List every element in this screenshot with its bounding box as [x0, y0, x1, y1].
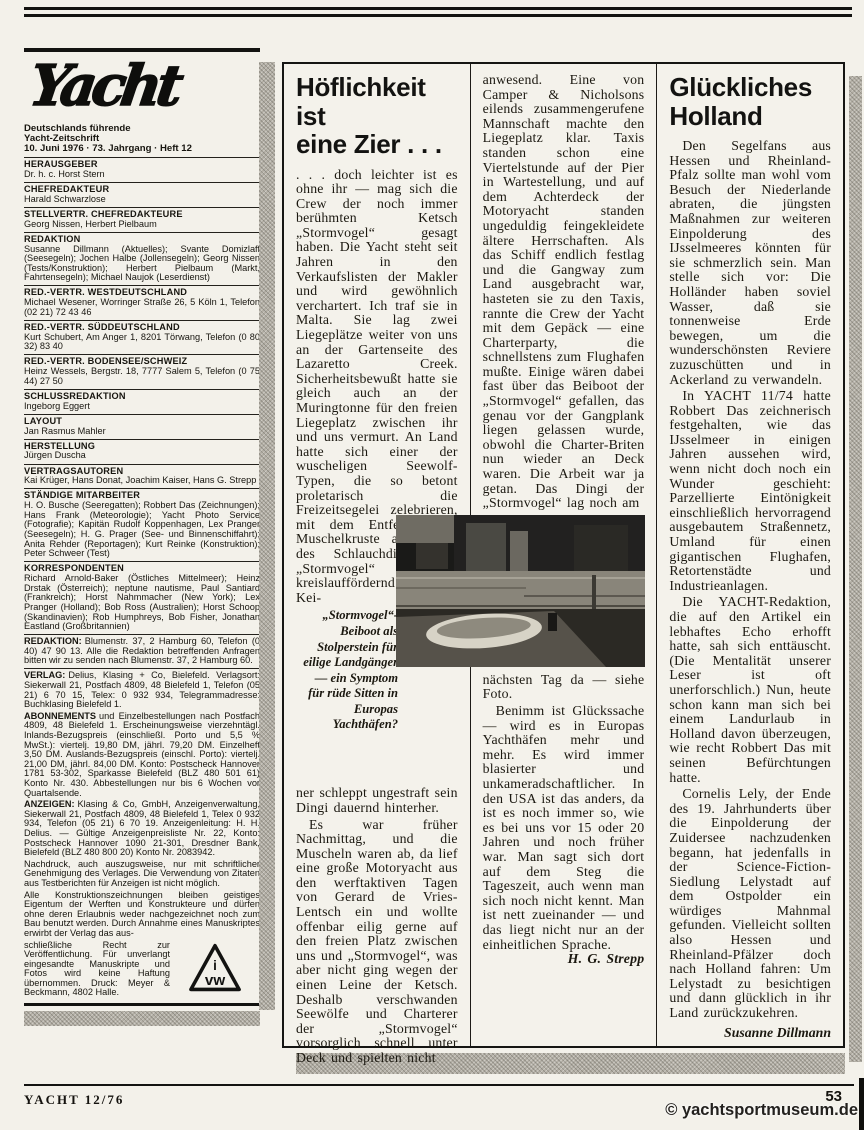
- masthead-section: RED.-VERTR. SÜDDEUTSCHLAND Kurt Schubert…: [24, 321, 260, 355]
- masthead-section-body: Jan Rasmus Mahler: [24, 427, 260, 437]
- masthead-section-body: Harald Schwarzlose: [24, 195, 260, 205]
- masthead-section-body: Richard Arnold-Baker (Östliches Mittelme…: [24, 574, 260, 632]
- article1-paragraph: nächsten Tag da — siehe Foto.: [483, 673, 645, 702]
- svg-text:i: i: [213, 957, 217, 972]
- masthead-section-body: Dr. h. c. Horst Stern: [24, 170, 260, 180]
- article2-byline: Susanne Dillmann: [669, 1025, 831, 1041]
- masthead-section-body: Kai Krüger, Hans Donat, Joachim Kaiser, …: [24, 476, 260, 486]
- masthead-section-body: Georg Nissen, Herbert Pielbaum: [24, 220, 260, 230]
- article1-title: Höflichkeit ist eine Zier . . .: [296, 73, 458, 159]
- masthead-section: LAYOUT Jan Rasmus Mahler: [24, 415, 260, 440]
- legal-block: VERLAG:Delius, Klasing + Co, Bielefeld. …: [24, 671, 260, 709]
- article1-closing-paragraph: Benimm ist Glückssache — wird es in Euro…: [483, 704, 645, 952]
- masthead-section: STÄNDIGE MITARBEITER H. O. Busche (Seere…: [24, 489, 260, 562]
- masthead-section: HERAUSGEBER Dr. h. c. Horst Stern: [24, 158, 260, 183]
- watermark-text: © yachtsportmuseum.de: [665, 1101, 858, 1120]
- masthead-top-rule: [24, 48, 260, 52]
- svg-text:vw: vw: [205, 971, 225, 988]
- yacht-logo: Yacht: [26, 56, 182, 116]
- article1-paragraph: ner schleppt ungestraft sein Dingi dauer…: [296, 786, 458, 815]
- top-double-rule: [24, 7, 852, 17]
- halftone-strip-left: [259, 62, 275, 1010]
- footer-rule: [24, 1084, 854, 1086]
- masthead-section-body: Michael Wesener, Worringer Straße 26, 5 …: [24, 298, 260, 317]
- masthead-section: VERTRAGSAUTOREN Kai Krüger, Hans Donat, …: [24, 465, 260, 490]
- masthead-section: RED.-VERTR. WESTDEUTSCHLAND Michael Wese…: [24, 286, 260, 320]
- legal-block: Nachdruck, auch auszugsweise, nur mit sc…: [24, 860, 260, 889]
- article2-column: Glückliches Holland Den Segelfans aus He…: [656, 64, 843, 1046]
- legal-block: ANZEIGEN:Klasing & Co, GmbH, Anzeigenver…: [24, 800, 260, 858]
- article2-paragraph: Die YACHT-Redaktion, die auf den Artikel…: [669, 595, 831, 785]
- magazine-tagline: Deutschlands führende Yacht-Zeitschrift …: [24, 122, 260, 158]
- legal-block-with-logo: schließliche Recht zur Veröffentlichung.…: [24, 941, 260, 1001]
- article1-paragraph: Es war früher Nachmittag, und die Musche…: [296, 818, 458, 1066]
- photo-caption: „Stormvogel“-Beiboot als Stolperstein fü…: [296, 608, 398, 784]
- article2-paragraph: Cornelis Lely, der Ende des 19. Jahrhund…: [669, 787, 831, 1021]
- legal-block: ABONNEMENTSund Einzelbestellungen nach P…: [24, 712, 260, 798]
- masthead-legal: VERLAG:Delius, Klasing + Co, Bielefeld. …: [24, 669, 260, 1000]
- legal-block: Alle Konstruktionszeichnungen bleiben ge…: [24, 891, 260, 939]
- legal-block: schließliche Recht zur Veröffentlichung.…: [24, 941, 170, 999]
- halftone-bar-left: [24, 1011, 260, 1026]
- article1-byline: H. G. Strepp: [555, 952, 645, 967]
- masthead-section-body: Heinz Wessels, Bergstr. 18, 7777 Salem 5…: [24, 367, 260, 386]
- footer-issue-label: YACHT 12/76: [24, 1092, 124, 1108]
- masthead-section: STELLVERTR. CHEFREDAKTEURE Georg Nissen,…: [24, 208, 260, 233]
- masthead-section-body: Kurt Schubert, Am Anger 1, 8201 Törwang,…: [24, 333, 260, 352]
- articles-box: Höflichkeit ist eine Zier . . . . . . do…: [282, 62, 845, 1048]
- issue-date-line: 10. Juni 1976 · 73. Jahrgang · Heft 12: [24, 144, 260, 154]
- masthead-section-body: Ingeborg Eggert: [24, 402, 260, 412]
- masthead-section-body: Jürgen Duscha: [24, 451, 260, 461]
- masthead: Yacht Deutschlands führende Yacht-Zeitsc…: [24, 48, 260, 1026]
- article2-paragraph: Den Segelfans aus Hessen und Rheinland-P…: [669, 139, 831, 387]
- masthead-section-address: REDAKTION:Blumenstr. 37, 2 Hamburg 60, T…: [24, 635, 260, 669]
- masthead-section-body: Susanne Dillmann (Aktuelles); Svante Dom…: [24, 245, 260, 283]
- masthead-bottom-rule: [24, 1003, 260, 1006]
- article1-paragraph: anwesend. Eine von Camper & Nicholsons e…: [483, 73, 645, 511]
- article1-column2: anwesend. Eine von Camper & Nicholsons e…: [470, 64, 657, 1046]
- masthead-section: CHEFREDAKTEUR Harald Schwarzlose: [24, 183, 260, 208]
- stormvogel-beiboot-photo: [396, 515, 645, 667]
- masthead-section: REDAKTION Susanne Dillmann (Aktuelles); …: [24, 233, 260, 287]
- masthead-section: KORRESPONDENTEN Richard Arnold-Baker (Ös…: [24, 562, 260, 635]
- masthead-section-body: H. O. Busche (Seeregatten); Robbert Das …: [24, 501, 260, 559]
- ivw-logo-icon: i vw: [170, 941, 260, 993]
- article2-paragraph: In YACHT 11/74 hatte Robbert Das zeichne…: [669, 389, 831, 593]
- masthead-section-heading: REDAKTION:: [24, 636, 82, 646]
- masthead-section: HERSTELLUNG Jürgen Duscha: [24, 440, 260, 465]
- masthead-section: RED.-VERTR. BODENSEE/SCHWEIZ Heinz Wesse…: [24, 355, 260, 389]
- article2-title: Glückliches Holland: [669, 73, 831, 130]
- magazine-page: Yacht Deutschlands führende Yacht-Zeitsc…: [0, 0, 864, 1130]
- halftone-strip-right: [849, 76, 862, 1062]
- scan-edge-artifact: [859, 1078, 864, 1130]
- masthead-section: SCHLUSSREDAKTION Ingeborg Eggert: [24, 390, 260, 415]
